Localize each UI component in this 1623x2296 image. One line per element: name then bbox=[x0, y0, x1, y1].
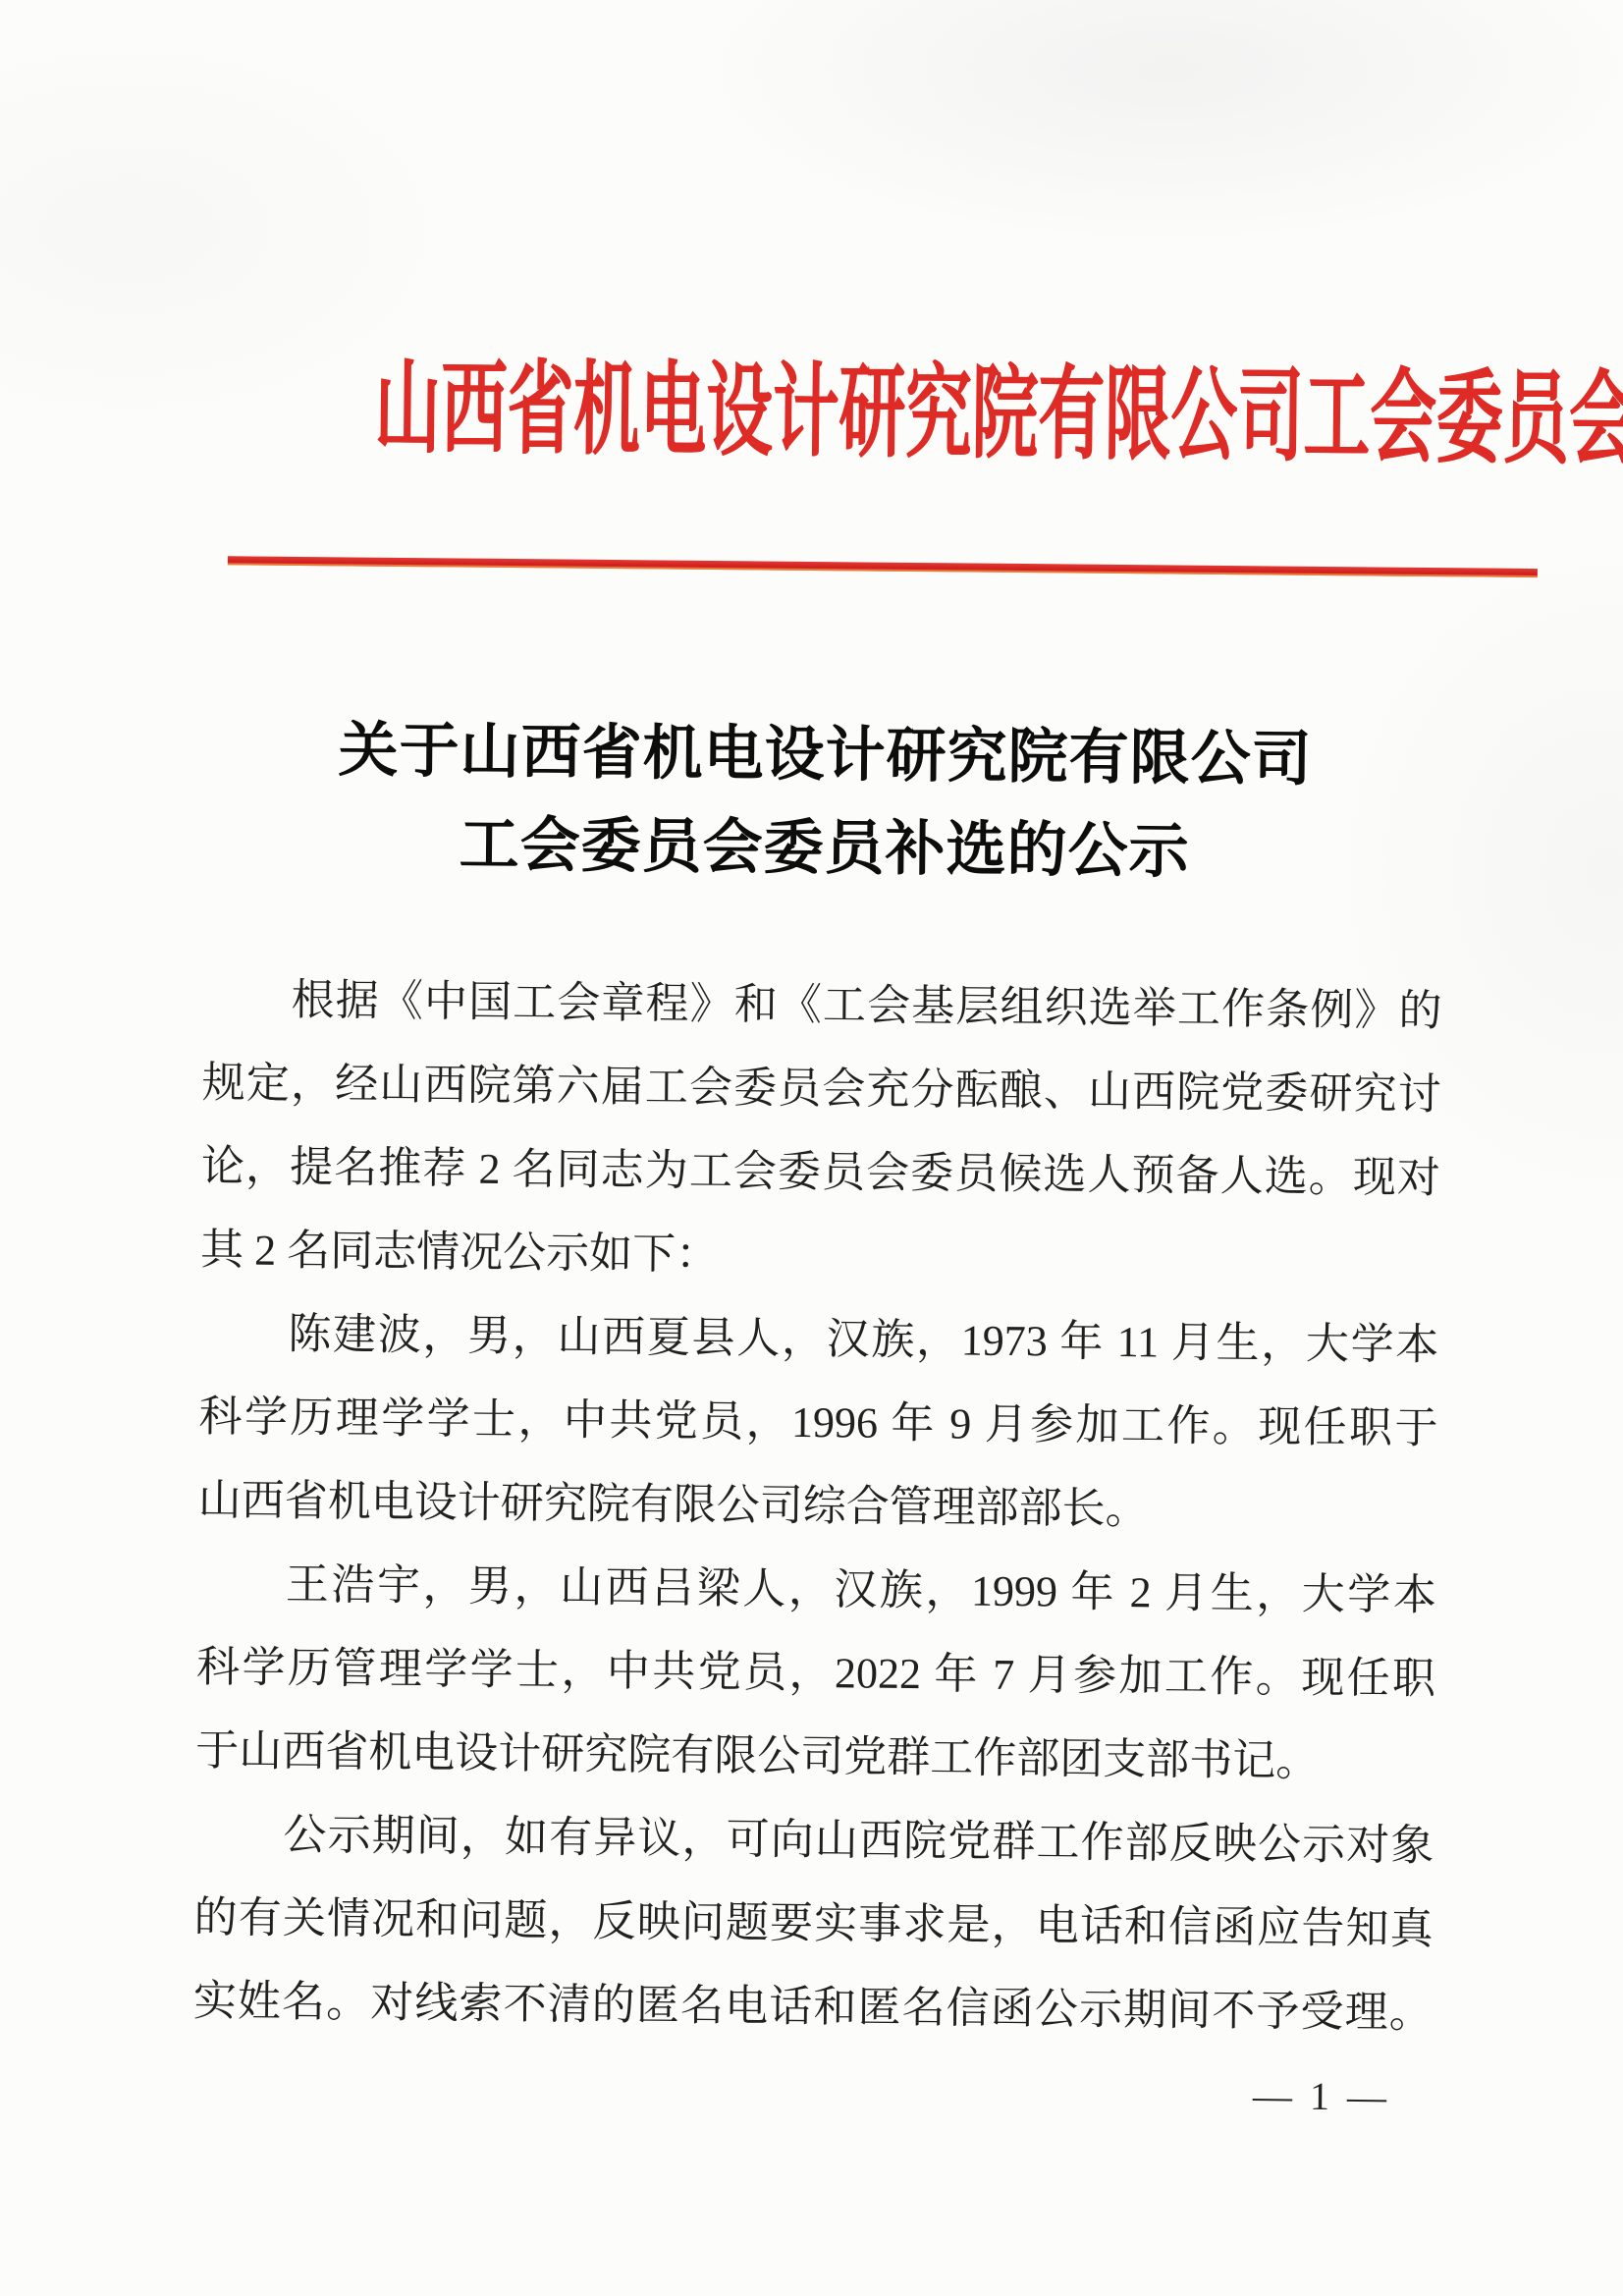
body-text-line: 的有关情况和问题，反映问题要实事求是，电话和信函应告知真 bbox=[193, 1876, 1434, 1971]
body-text-line: 王浩宇，男，山西吕梁人，汉族，1999 年 2 月生，大学本 bbox=[197, 1542, 1437, 1637]
document-page: 山西省机电设计研究院有限公司工会委员会 关于山西省机电设计研究院有限公司 工会委… bbox=[0, 0, 1623, 2296]
body-text-line: 科学历理学学士，中共党员，1996 年 9 月参加工作。现任职于 bbox=[198, 1375, 1438, 1470]
document-title: 关于山西省机电设计研究院有限公司 工会委员会委员补选的公示 bbox=[13, 701, 1623, 903]
body-text-line: 实姓名。对线索不清的匿名电话和匿名信函公示期间不予受理。 bbox=[192, 1959, 1433, 2054]
body-text-line: 规定，经山西院第六届工会委员会充分酝酿、山西院党委研究讨 bbox=[201, 1041, 1441, 1136]
body-text-line: 于山西省机电设计研究院有限公司党群工作部团支部书记。 bbox=[195, 1709, 1435, 1804]
page-number: — 1 — bbox=[1253, 2072, 1390, 2119]
page-content: 山西省机电设计研究院有限公司工会委员会 关于山西省机电设计研究院有限公司 工会委… bbox=[0, 0, 1623, 2296]
body-text-line: 根据《中国工会章程》和《工会基层组织选举工作条例》的 bbox=[202, 957, 1442, 1053]
letterhead: 山西省机电设计研究院有限公司工会委员会 bbox=[34, 342, 1623, 485]
body-text-line: 科学历管理学学士，中共党员，2022 年 7 月参加工作。现任职 bbox=[196, 1625, 1436, 1721]
document-body: 根据《中国工会章程》和《工会基层组织选举工作条例》的规定，经山西院第六届工会委员… bbox=[192, 957, 1442, 2054]
red-divider-line bbox=[228, 556, 1538, 577]
body-text-line: 陈建波，男，山西夏县人，汉族，1973 年 11 月生，大学本 bbox=[199, 1291, 1439, 1387]
document-title-line-1: 关于山西省机电设计研究院有限公司 bbox=[14, 701, 1623, 810]
body-text-line: 其 2 名同志情况公示如下： bbox=[200, 1208, 1440, 1303]
letterhead-title: 山西省机电设计研究院有限公司工会委员会 bbox=[374, 346, 1623, 485]
body-text-line: 山西省机电设计研究院有限公司综合管理部部长。 bbox=[197, 1458, 1437, 1554]
body-text-line: 公示期间，如有异议，可向山西院党群工作部反映公示对象 bbox=[194, 1792, 1434, 1887]
document-title-line-2: 工会委员会委员补选的公示 bbox=[13, 794, 1623, 903]
body-text-line: 论，提名推荐 2 名同志为工会委员会委员候选人预备人选。现对 bbox=[201, 1124, 1441, 1220]
